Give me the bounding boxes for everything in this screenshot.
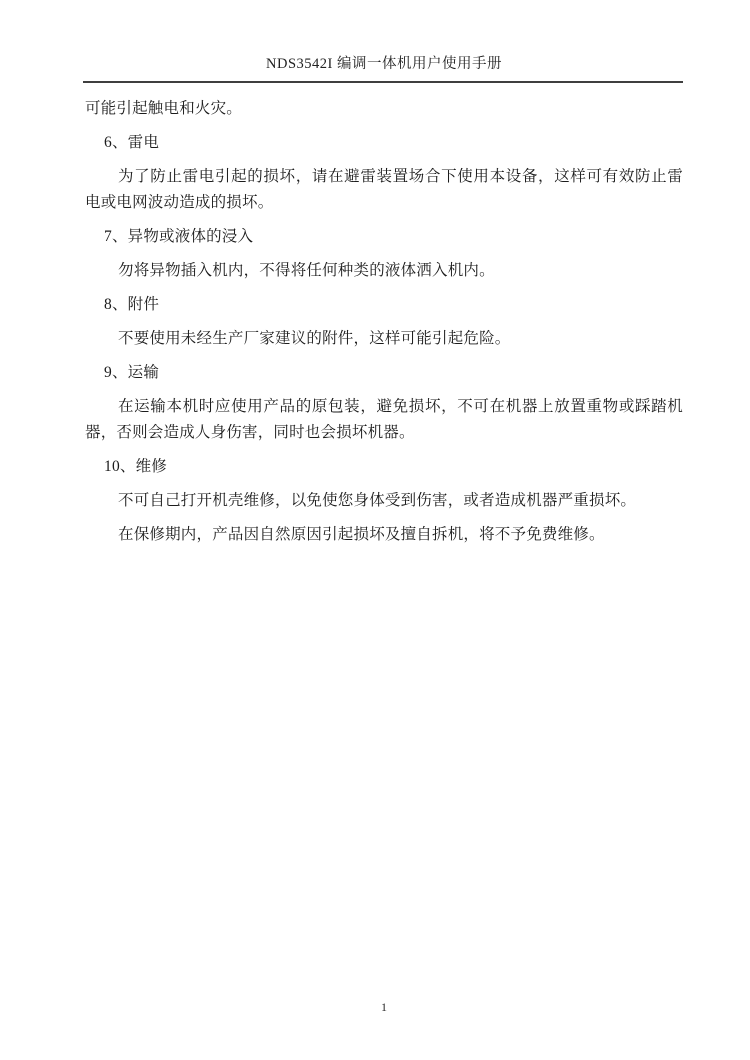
section-9-paragraph: 在运输本机时应使用产品的原包装，避免损坏，不可在机器上放置重物或踩踏机器，否则会… <box>85 394 683 446</box>
section-heading-7: 7、异物或液体的浸入 <box>85 224 683 250</box>
section-7-paragraph: 勿将异物插入机内，不得将任何种类的液体洒入机内。 <box>85 258 683 284</box>
page-number: 1 <box>381 1000 387 1014</box>
document-body: 可能引起触电和火灾。 6、雷电 为了防止雷电引起的损坏，请在避雷装置场合下使用本… <box>85 96 683 548</box>
section-6-paragraph: 为了防止雷电引起的损坏，请在避雷装置场合下使用本设备，这样可有效防止雷电或电网波… <box>85 164 683 216</box>
manual-page: NDS3542I 编调一体机用户使用手册 可能引起触电和火灾。 6、雷电 为了防… <box>0 0 750 1060</box>
section-heading-9: 9、运输 <box>85 360 683 386</box>
section-heading-8: 8、附件 <box>85 292 683 318</box>
page-footer: 1 <box>85 1000 683 1015</box>
continued-paragraph: 可能引起触电和火灾。 <box>85 96 683 122</box>
section-10-paragraph-1: 不可自己打开机壳维修，以免使您身体受到伤害，或者造成机器严重损坏。 <box>85 488 683 514</box>
section-heading-6: 6、雷电 <box>85 130 683 156</box>
header-title: NDS3542I 编调一体机用户使用手册 <box>85 54 683 74</box>
header-rule <box>83 81 683 83</box>
section-heading-10: 10、维修 <box>85 454 683 480</box>
section-8-paragraph: 不要使用未经生产厂家建议的附件，这样可能引起危险。 <box>85 326 683 352</box>
page-header: NDS3542I 编调一体机用户使用手册 <box>0 0 750 83</box>
section-10-paragraph-2: 在保修期内，产品因自然原因引起损坏及擅自拆机，将不予免费维修。 <box>85 522 683 548</box>
